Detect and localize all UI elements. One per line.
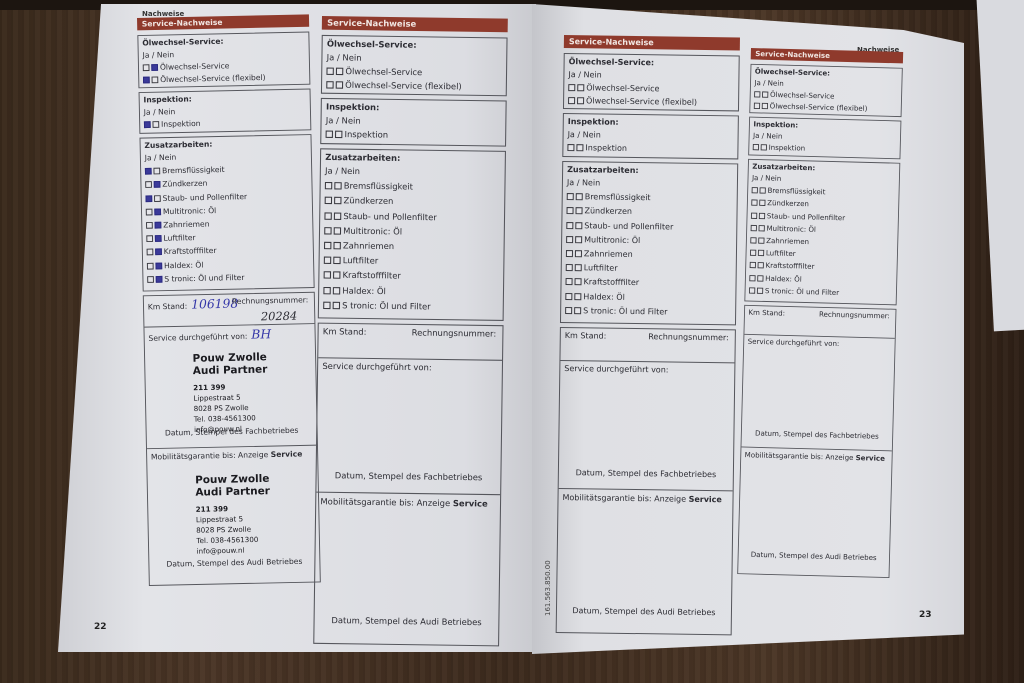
oil-flex-item: Ölwechsel-Service (flexibel) — [326, 80, 506, 92]
yes-checkbox[interactable] — [754, 103, 760, 109]
no-checkbox[interactable] — [333, 301, 340, 308]
item-label: Inspektion — [585, 143, 627, 153]
additional-work-item: Staub- und Pollenfilter — [145, 191, 311, 203]
yes-checkbox[interactable] — [750, 250, 756, 256]
yes-checkbox[interactable] — [146, 235, 153, 242]
service-record-box: Km Stand:Rechnungsnummer:Service durchge… — [737, 305, 896, 578]
additional-work-item: Bremsflüssigkeit — [145, 164, 311, 176]
item-label: S tronic: Öl und Filter — [583, 306, 667, 316]
no-checkbox[interactable] — [757, 275, 763, 281]
oil-title: Ölwechsel-Service: — [755, 67, 902, 79]
additional-work-item: Zahnriemen — [566, 249, 736, 260]
additional-work-item: Zündkerzen — [145, 177, 311, 189]
additional-work-item: Bremsflüssigkeit — [325, 181, 505, 193]
stamp-dealer-subtitle: Audi Partner — [193, 363, 268, 377]
additional-work-item: Haldex: Öl — [323, 285, 503, 297]
km-label: Km Stand: — [565, 331, 607, 341]
performed-by-label: Service durchgeführt von: — [564, 364, 668, 374]
oil-flex-item: Ölwechsel-Service (flexibel) — [568, 96, 738, 107]
yes-no-label: Ja / Nein — [326, 116, 506, 128]
additional-work-item: Zündkerzen — [751, 199, 898, 211]
oil-item: Ölwechsel-Service — [326, 66, 506, 78]
record-divider — [316, 492, 500, 496]
oil-item: Ölwechsel-Service — [754, 90, 901, 102]
yes-no-label: Ja / Nein — [325, 166, 505, 178]
no-checkbox[interactable] — [335, 131, 342, 138]
item-label: Zahnriemen — [584, 249, 633, 259]
yes-checkbox[interactable] — [566, 222, 573, 229]
yes-no-label: Ja / Nein — [753, 132, 900, 144]
dealer-stamp-caption: Datum, Stempel des Fachbetriebes — [335, 471, 483, 483]
no-checkbox[interactable] — [761, 144, 767, 150]
oil-item: Ölwechsel-Service — [568, 83, 738, 94]
stamp-email: info@pouw.nl — [197, 544, 272, 556]
no-checkbox[interactable] — [334, 212, 341, 219]
no-checkbox[interactable] — [333, 257, 340, 264]
additional-work-item: Multitronic: Öl — [751, 224, 898, 236]
item-label: Zahnriemen — [343, 241, 394, 251]
item-label: Kraftstofffilter — [583, 278, 639, 288]
no-checkbox[interactable] — [336, 81, 343, 88]
no-checkbox[interactable] — [155, 262, 162, 269]
mobility-label: Mobilitätsgarantie bis: Anzeige Service — [562, 493, 721, 504]
additional-work-box: Zusatzarbeiten:Ja / NeinBremsflüssigkeit… — [560, 161, 738, 325]
yes-no-label: Ja / Nein — [327, 53, 507, 65]
stamp-email: info@pouw.nl — [194, 423, 269, 435]
yes-checkbox[interactable] — [146, 208, 153, 215]
additional-work-item: Luftfilter — [324, 256, 504, 268]
record-divider — [560, 360, 734, 363]
item-label: Zündkerzen — [767, 199, 809, 208]
inspection-box: Inspektion:Ja / NeinInspektion — [139, 88, 312, 133]
yes-checkbox[interactable] — [325, 182, 332, 189]
oil-flex-item: Ölwechsel-Service (flexibel) — [754, 102, 901, 114]
additional-work-item: S tronic: Öl und Filter — [749, 286, 896, 298]
yes-checkbox[interactable] — [753, 144, 759, 150]
part-number: 161.563.850.00 — [544, 560, 552, 616]
no-checkbox[interactable] — [759, 200, 765, 206]
additional-work-item: Zahnriemen — [146, 218, 312, 230]
item-label: Luftfilter — [343, 256, 379, 266]
yes-no-label: Ja / Nein — [142, 48, 308, 60]
yes-checkbox[interactable] — [146, 222, 153, 229]
item-label: Ölwechsel-Service (flexibel) — [160, 73, 266, 84]
inspection-title: Inspektion: — [326, 102, 506, 114]
service-record-box: Km Stand:Rechnungsnummer:Service durchge… — [313, 323, 503, 647]
no-checkbox[interactable] — [333, 242, 340, 249]
service-header-bar: Service-Nachweise — [564, 35, 740, 50]
yes-checkbox[interactable] — [144, 121, 151, 128]
inspection-item: Inspektion — [567, 143, 737, 154]
no-checkbox[interactable] — [577, 84, 584, 91]
item-label: Multitronic: Öl — [163, 206, 217, 216]
mobility-label: Mobilitätsgarantie bis: Anzeige Service — [745, 451, 885, 463]
item-label: Bremsflüssigkeit — [585, 192, 651, 202]
yes-checkbox[interactable] — [567, 193, 574, 200]
yes-checkbox[interactable] — [566, 278, 573, 285]
oil-service-box: Ölwechsel-Service:Ja / NeinÖlwechsel-Ser… — [563, 53, 740, 111]
yes-checkbox[interactable] — [324, 272, 331, 279]
no-checkbox[interactable] — [574, 307, 581, 314]
oil-item: Ölwechsel-Service — [143, 60, 309, 72]
record-divider — [559, 488, 733, 491]
no-checkbox[interactable] — [758, 250, 764, 256]
item-label: Staub- und Pollenfilter — [343, 211, 437, 222]
yes-checkbox[interactable] — [145, 181, 152, 188]
additional-work-item: Multitronic: Öl — [324, 226, 504, 238]
no-checkbox[interactable] — [333, 272, 340, 279]
yes-checkbox[interactable] — [323, 286, 330, 293]
no-checkbox[interactable] — [758, 237, 764, 243]
additional-work-box: Zusatzarbeiten:Ja / NeinBremsflüssigkeit… — [744, 159, 900, 305]
item-label: Haldex: Öl — [583, 292, 625, 302]
item-label: Zündkerzen — [162, 179, 207, 188]
stamp-audi: Pouw ZwolleAudi Partner211 399Lippestraa… — [195, 472, 271, 556]
oil-service-box: Ölwechsel-Service:Ja / NeinÖlwechsel-Ser… — [321, 35, 508, 96]
additional-work-item: Luftfilter — [750, 249, 897, 261]
performed-by-label: Service durchgeführt von: — [748, 338, 840, 348]
yes-checkbox[interactable] — [749, 287, 755, 293]
no-checkbox[interactable] — [334, 197, 341, 204]
mobility-label: Mobilitätsgarantie bis: Anzeige Service — [151, 450, 303, 462]
performed-by-label: Service durchgeführt von: BH — [148, 328, 271, 345]
yes-checkbox[interactable] — [751, 225, 757, 231]
item-label: Bremsflüssigkeit — [767, 187, 825, 196]
additional-work-item: Haldex: Öl — [147, 258, 313, 270]
item-label: Luftfilter — [584, 263, 618, 272]
no-checkbox[interactable] — [759, 225, 765, 231]
yes-checkbox[interactable] — [145, 168, 152, 175]
item-label: Staub- und Pollenfilter — [584, 221, 673, 231]
item-label: Ölwechsel-Service — [586, 83, 659, 93]
no-checkbox[interactable] — [762, 103, 768, 109]
no-checkbox[interactable] — [760, 187, 766, 193]
no-checkbox[interactable] — [154, 208, 161, 215]
item-label: Multitronic: Öl — [766, 224, 816, 233]
no-checkbox[interactable] — [154, 181, 161, 188]
additional-work-item: Kraftstofffilter — [324, 270, 504, 282]
additional-work-item: Haldex: Öl — [565, 292, 735, 303]
no-checkbox[interactable] — [575, 264, 582, 271]
yes-checkbox[interactable] — [326, 68, 333, 75]
audi-stamp-caption: Datum, Stempel des Audi Betriebes — [572, 606, 715, 617]
no-checkbox[interactable] — [575, 222, 582, 229]
page-number-right: 23 — [919, 610, 932, 620]
item-label: Inspektion — [344, 130, 388, 140]
no-checkbox[interactable] — [156, 276, 163, 283]
yes-no-label: Ja / Nein — [568, 130, 738, 141]
stamp-dealer-subtitle: Audi Partner — [195, 485, 270, 499]
additional-work-title: Zusatzarbeiten: — [567, 165, 737, 176]
no-checkbox[interactable] — [575, 278, 582, 285]
dealer-stamp-caption: Datum, Stempel des Fachbetriebes — [576, 468, 717, 479]
yes-checkbox[interactable] — [147, 262, 154, 269]
service-header-bar: Service-Nachweise — [322, 16, 508, 32]
inspection-item: Inspektion — [326, 129, 506, 141]
additional-work-item: S tronic: Öl und Filter — [323, 300, 503, 312]
additional-work-item: Staub- und Pollenfilter — [324, 211, 504, 223]
item-label: Staub- und Pollenfilter — [163, 192, 248, 202]
item-label: Bremsflüssigkeit — [162, 166, 225, 176]
yes-checkbox[interactable] — [326, 81, 333, 88]
no-checkbox[interactable] — [152, 76, 159, 83]
additional-work-item: Multitronic: Öl — [146, 204, 312, 216]
yes-no-label: Ja / Nein — [144, 105, 310, 117]
no-checkbox[interactable] — [757, 287, 763, 293]
item-label: Kraftstofffilter — [342, 271, 400, 281]
mobility-label: Mobilitätsgarantie bis: Anzeige Service — [320, 497, 487, 509]
yes-checkbox[interactable] — [565, 293, 572, 300]
no-checkbox[interactable] — [576, 193, 583, 200]
yes-no-label: Ja / Nein — [145, 150, 311, 162]
additional-work-title: Zusatzarbeiten: — [144, 138, 310, 150]
km-label: Km Stand: — [323, 327, 367, 337]
yes-no-label: Ja / Nein — [567, 178, 737, 189]
performed-by-label: Service durchgeführt von: — [322, 361, 432, 372]
item-label: Zündkerzen — [584, 207, 632, 217]
no-checkbox[interactable] — [333, 287, 340, 294]
item-label: Zahnriemen — [163, 220, 209, 230]
additional-work-item: Kraftstofffilter — [565, 277, 735, 288]
item-label: Ölwechsel-Service — [160, 62, 230, 72]
yes-no-label: Ja / Nein — [752, 174, 899, 186]
item-label: Inspektion — [161, 119, 201, 128]
additional-work-box: Zusatzarbeiten:Ja / NeinBremsflüssigkeit… — [140, 134, 315, 291]
no-checkbox[interactable] — [334, 182, 341, 189]
item-label: Bremsflüssigkeit — [344, 181, 413, 191]
oil-title: Ölwechsel-Service: — [327, 39, 507, 51]
no-checkbox[interactable] — [576, 144, 583, 151]
no-checkbox[interactable] — [759, 212, 765, 218]
yes-checkbox[interactable] — [749, 275, 755, 281]
yes-checkbox[interactable] — [325, 197, 332, 204]
record-divider — [144, 323, 314, 328]
item-label: Luftfilter — [766, 249, 796, 258]
page-number-left: 22 — [94, 622, 107, 632]
item-label: Haldex: Öl — [164, 260, 204, 269]
additional-work-item: Luftfilter — [566, 263, 736, 274]
mobility-service-bold: Service — [453, 499, 488, 509]
stamp-dealer: Pouw ZwolleAudi Partner211 399Lippestraa… — [192, 351, 268, 435]
item-label: Haldex: Öl — [765, 274, 802, 283]
yes-checkbox[interactable] — [750, 262, 756, 268]
oil-service-box: Ölwechsel-Service:Ja / NeinÖlwechsel-Ser… — [749, 64, 902, 117]
mobility-service-bold: Service — [689, 495, 722, 504]
yes-checkbox[interactable] — [143, 64, 150, 71]
yes-checkbox[interactable] — [566, 236, 573, 243]
record-divider — [147, 445, 317, 450]
invoice-label: Rechnungsnummer: — [412, 328, 497, 339]
additional-work-item: Bremsflüssigkeit — [752, 186, 899, 198]
yes-checkbox[interactable] — [324, 257, 331, 264]
additional-work-item: Zahnriemen — [324, 241, 504, 253]
additional-work-item: S tronic: Öl und Filter — [147, 272, 313, 284]
audi-stamp-caption: Datum, Stempel des Audi Betriebes — [331, 616, 481, 628]
audi-stamp-caption: Datum, Stempel des Audi Betriebes — [166, 557, 302, 568]
yes-checkbox[interactable] — [326, 131, 333, 138]
yes-checkbox[interactable] — [751, 200, 757, 206]
yes-checkbox[interactable] — [145, 195, 152, 202]
additional-work-box: Zusatzarbeiten:Ja / NeinBremsflüssigkeit… — [318, 148, 506, 321]
no-checkbox[interactable] — [153, 168, 160, 175]
no-checkbox[interactable] — [575, 208, 582, 215]
additional-work-title: Zusatzarbeiten: — [325, 153, 505, 165]
no-checkbox[interactable] — [758, 262, 764, 268]
inspection-box: Inspektion:Ja / NeinInspektion — [320, 98, 507, 147]
yes-checkbox[interactable] — [323, 301, 330, 308]
item-label: S tronic: Öl und Filter — [164, 273, 244, 283]
item-label: S tronic: Öl und Filter — [765, 287, 839, 297]
additional-work-item: Luftfilter — [146, 231, 312, 243]
yes-checkbox[interactable] — [566, 264, 573, 271]
no-checkbox[interactable] — [575, 250, 582, 257]
service-record-box: Km Stand:Rechnungsnummer:Service durchge… — [556, 327, 736, 635]
additional-work-item: Staub- und Pollenfilter — [566, 221, 736, 232]
yes-checkbox[interactable] — [568, 84, 575, 91]
record-divider — [318, 357, 502, 361]
yes-checkbox[interactable] — [567, 144, 574, 151]
item-label: S tronic: Öl und Filter — [342, 301, 431, 312]
audi-stamp-caption: Datum, Stempel des Audi Betriebes — [751, 551, 877, 562]
oil-flex-item: Ölwechsel-Service (flexibel) — [143, 72, 309, 84]
km-label: Km Stand: — [748, 309, 785, 318]
inspection-box: Inspektion:Ja / NeinInspektion — [562, 113, 739, 159]
additional-work-item: Zündkerzen — [325, 196, 505, 208]
no-checkbox[interactable] — [334, 227, 341, 234]
no-checkbox[interactable] — [574, 293, 581, 300]
additional-work-item: Zahnriemen — [750, 236, 897, 248]
yes-no-label: Ja / Nein — [568, 70, 738, 81]
yes-checkbox[interactable] — [566, 207, 573, 214]
yes-checkbox[interactable] — [147, 276, 154, 283]
yes-checkbox[interactable] — [750, 237, 756, 243]
oil-service-box: Ölwechsel-Service:Ja / NeinÖlwechsel-Ser… — [137, 31, 310, 88]
yes-checkbox[interactable] — [143, 77, 150, 84]
inspection-title: Inspektion: — [143, 92, 309, 104]
item-label: Ölwechsel-Service — [770, 91, 835, 101]
no-checkbox[interactable] — [154, 195, 161, 202]
yes-checkbox[interactable] — [324, 212, 331, 219]
no-checkbox[interactable] — [155, 235, 162, 242]
yes-checkbox[interactable] — [754, 91, 760, 97]
yes-checkbox[interactable] — [752, 187, 758, 193]
oil-title: Ölwechsel-Service: — [569, 57, 739, 68]
item-label: Multitronic: Öl — [584, 235, 640, 245]
item-label: Inspektion — [769, 144, 806, 153]
yes-checkbox[interactable] — [751, 212, 757, 218]
invoice-label: Rechnungsnummer: — [819, 310, 890, 320]
item-label: Ölwechsel-Service (flexibel) — [586, 96, 697, 107]
invoice-label: Rechnungsnummer: — [232, 296, 309, 306]
mobility-service-bold: Service — [856, 454, 885, 463]
item-label: Zündkerzen — [344, 196, 394, 206]
no-checkbox[interactable] — [336, 68, 343, 75]
additional-work-item: Kraftstofffilter — [750, 261, 897, 273]
item-label: Luftfilter — [163, 234, 195, 243]
invoice-handwritten-value: 20284 — [261, 309, 298, 323]
oil-title: Ölwechsel-Service: — [142, 35, 308, 47]
yes-checkbox[interactable] — [568, 97, 575, 104]
no-checkbox[interactable] — [155, 222, 162, 229]
additional-work-item: S tronic: Öl und Filter — [565, 306, 735, 317]
item-label: Zahnriemen — [766, 237, 809, 246]
yes-checkbox[interactable] — [565, 307, 572, 314]
item-label: Ölwechsel-Service — [345, 67, 422, 78]
mobility-service-bold: Service — [271, 450, 303, 459]
inspection-title: Inspektion: — [753, 120, 900, 132]
no-checkbox[interactable] — [155, 249, 162, 256]
km-label: Km Stand: 106198 — [148, 297, 239, 313]
yes-no-label: Ja / Nein — [754, 79, 901, 91]
additional-work-item: Staub- und Pollenfilter — [751, 211, 898, 223]
additional-work-item: Haldex: Öl — [749, 274, 896, 286]
no-checkbox[interactable] — [762, 91, 768, 97]
no-checkbox[interactable] — [575, 236, 582, 243]
inspection-box: Inspektion:Ja / NeinInspektion — [748, 117, 901, 160]
item-label: Ölwechsel-Service (flexibel) — [345, 80, 462, 91]
no-checkbox[interactable] — [577, 97, 584, 104]
item-label: Kraftstofffilter — [765, 262, 814, 271]
additional-work-item: Kraftstofffilter — [147, 245, 313, 257]
yes-checkbox[interactable] — [324, 242, 331, 249]
additional-work-item: Zündkerzen — [566, 206, 736, 217]
item-label: Kraftstofffilter — [164, 247, 217, 257]
item-label: Haldex: Öl — [342, 286, 386, 296]
item-label: Staub- und Pollenfilter — [767, 212, 845, 222]
inspection-item: Inspektion — [753, 143, 900, 155]
yes-checkbox[interactable] — [147, 249, 154, 256]
no-checkbox[interactable] — [151, 64, 158, 71]
invoice-label: Rechnungsnummer: — [648, 332, 729, 342]
yes-checkbox[interactable] — [566, 250, 573, 257]
dealer-stamp-caption: Datum, Stempel des Fachbetriebes — [755, 429, 879, 440]
no-checkbox[interactable] — [152, 121, 159, 128]
service-record-box: Km Stand: 106198Rechnungsnummer:Service … — [143, 292, 321, 586]
item-label: Multitronic: Öl — [343, 226, 402, 236]
additional-work-title: Zusatzarbeiten: — [752, 162, 899, 174]
additional-work-item: Bremsflüssigkeit — [567, 192, 737, 203]
additional-work-item: Multitronic: Öl — [566, 235, 736, 246]
inspection-title: Inspektion: — [568, 117, 738, 128]
yes-checkbox[interactable] — [324, 227, 331, 234]
item-label: Ölwechsel-Service (flexibel) — [770, 102, 868, 112]
performed-by-handwritten: BH — [247, 328, 271, 343]
inspection-item: Inspektion — [144, 117, 310, 129]
